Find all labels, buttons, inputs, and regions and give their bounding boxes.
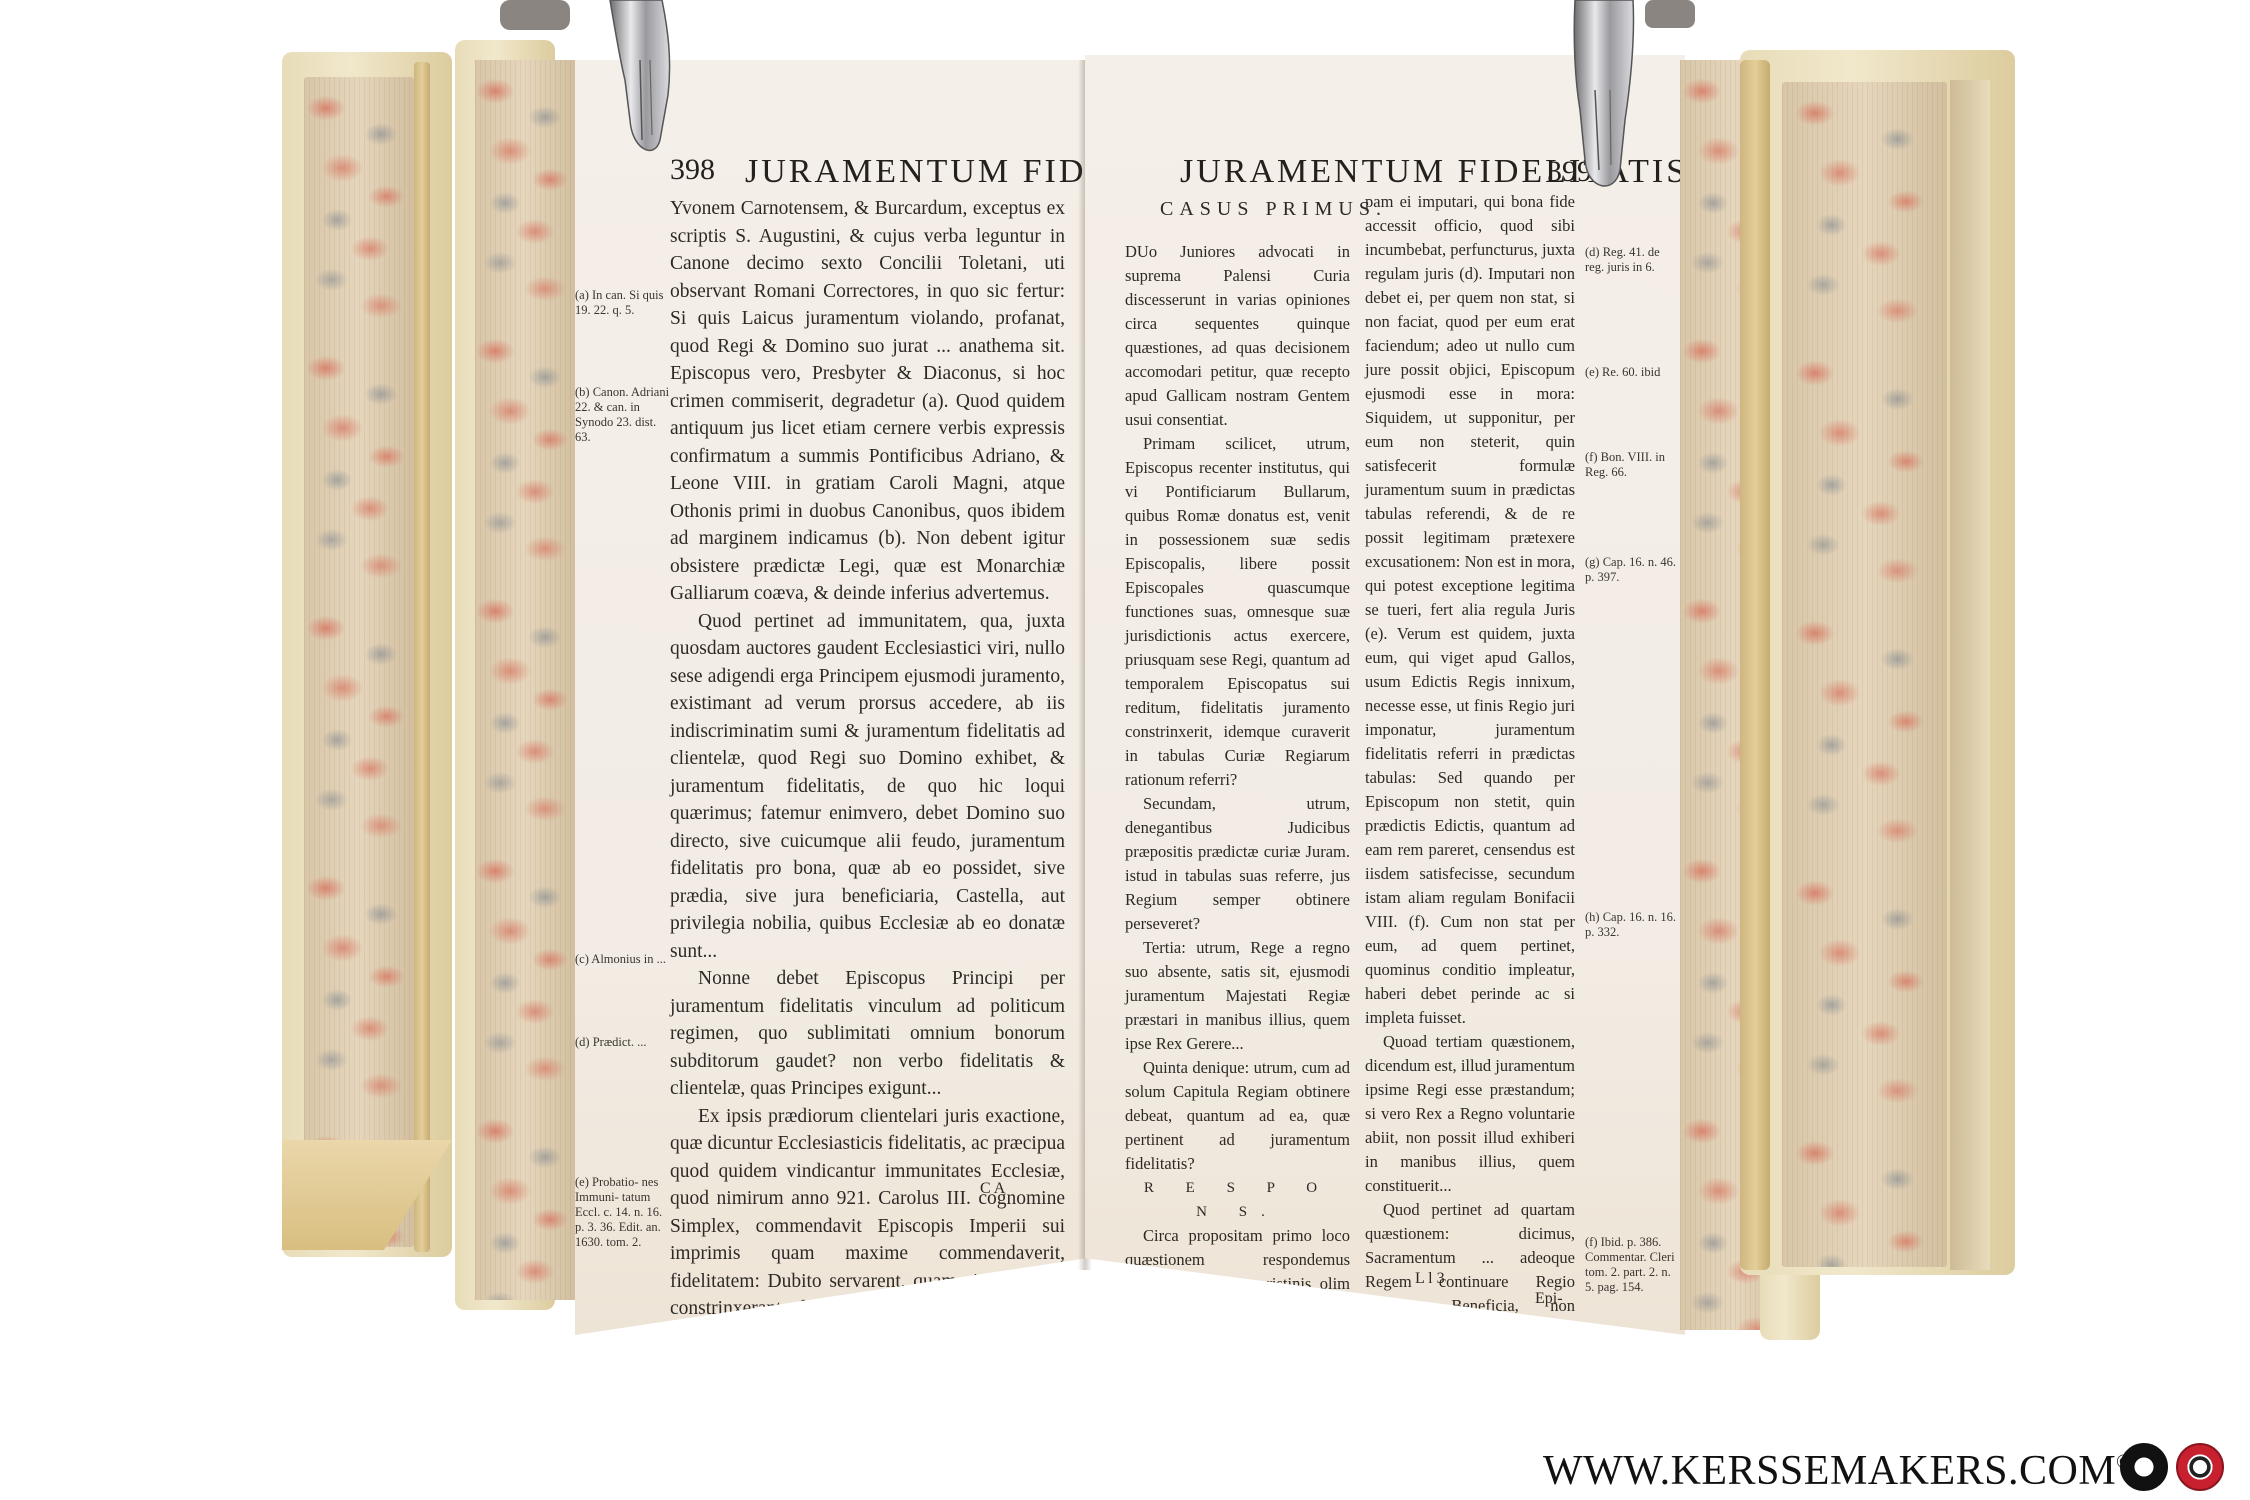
- right-volume-inner-board: [1950, 80, 1990, 1270]
- nvva-antiquarian-logo-icon: [2120, 1443, 2168, 1491]
- left-margin-note: (b) Canon. Adriani 22. & can. in Synodo …: [575, 385, 670, 445]
- right-margin-note: (d) Reg. 41. de reg. juris in 6.: [1585, 245, 1680, 275]
- ilab-liber-logo-icon: [2176, 1443, 2224, 1491]
- left-paragraph: Quod pertinet ad immunitatem, qua, juxta…: [670, 608, 1065, 966]
- right-silver-hand-clip: [1555, 0, 1715, 200]
- right-paragraph: DUo Juniores advocati in suprema Palensi…: [1125, 240, 1350, 432]
- left-margin-note: (e) Probatio- nes Immuni- tatum Eccl. c.…: [575, 1175, 670, 1250]
- right-paragraph: Quoad tertiam quæstionem, dicendum est, …: [1365, 1030, 1575, 1198]
- right-page-column-left: DUo Juniores advocati in suprema Palensi…: [1125, 240, 1350, 1335]
- left-running-head: JURAMENTUM FIDELITATIS.: [745, 153, 1085, 191]
- right-paragraph: Primam scilicet, utrum, Episcopus recent…: [1125, 432, 1350, 792]
- left-volume-board: [414, 62, 430, 1252]
- right-margin-note: (e) Re. 60. ibid: [1585, 365, 1680, 380]
- right-catchword: Epi-: [1535, 1290, 1563, 1308]
- right-margin-note: (g) Cap. 16. n. 46. p. 397.: [1585, 555, 1680, 585]
- watermark-text: WWW.KERSSEMAKERS.COM©: [1543, 1447, 2132, 1495]
- watermark-url: WWW.KERSSEMAKERS.COM: [1543, 1448, 2116, 1494]
- right-paragraph: Tertia: utrum, Rege a regno suo absente,…: [1125, 936, 1350, 1056]
- left-closed-volume: [282, 52, 452, 1257]
- left-page-body: Yvonem Carnotensem, & Burcardum, exceptu…: [670, 195, 1065, 1335]
- right-paragraph: Quinta denique: utrum, cum ad solum Capi…: [1125, 1056, 1350, 1176]
- right-margin-note: (f) Bon. VIII. in Reg. 66.: [1585, 450, 1680, 480]
- open-volume-left-text-block: [475, 60, 575, 1300]
- right-paragraph: Quod pertinet ad quartam quæstionem: dic…: [1365, 1198, 1575, 1335]
- left-paragraph: Yvonem Carnotensem, & Burcardum, exceptu…: [670, 195, 1065, 608]
- right-paragraph: Circa propositam primo loco quæstionem r…: [1125, 1224, 1350, 1335]
- left-volume-fore-edge: [304, 77, 414, 1247]
- left-paragraph: Ex ipsis prædiorum clientelari juris exa…: [670, 1103, 1065, 1336]
- left-silver-hand-clip: [490, 0, 690, 170]
- left-paragraph: Nonne debet Episcopus Principi per juram…: [670, 965, 1065, 1103]
- respons-heading: R E S P O N S.: [1125, 1176, 1350, 1224]
- signature-mark: L l 3: [1415, 1270, 1445, 1288]
- left-catchword: C A: [980, 1180, 1005, 1198]
- left-page: 398 JURAMENTUM FIDELITATIS. Yvonem Carno…: [575, 60, 1085, 1335]
- right-paragraph: pam ei imputari, qui bona fide accessit …: [1365, 190, 1575, 1030]
- right-closed-volume: [1740, 50, 2015, 1275]
- right-margin-note: (f) Ibid. p. 386. Commentar. Cleri tom. …: [1585, 1235, 1680, 1295]
- left-margin-note: (c) Almonius in ...: [575, 952, 670, 967]
- right-paragraph: Secundam, utrum, denegantibus Judicibus …: [1125, 792, 1350, 936]
- right-page: JURAMENTUM FIDELITATIS. 399 CASUS PRIMUS…: [1085, 55, 1685, 1335]
- section-heading: CASUS PRIMUS.: [1160, 198, 1387, 221]
- right-margin-note: (h) Cap. 16. n. 16. p. 332.: [1585, 910, 1680, 940]
- left-margin-note: (d) Prædict. ...: [575, 1035, 670, 1050]
- right-page-column-right: pam ei imputari, qui bona fide accessit …: [1365, 190, 1575, 1335]
- left-margin-note: (a) In can. Si quis 19. 22. q. 5.: [575, 288, 670, 318]
- right-volume-board: [1740, 60, 1770, 1270]
- right-volume-fore-edge: [1782, 82, 1947, 1267]
